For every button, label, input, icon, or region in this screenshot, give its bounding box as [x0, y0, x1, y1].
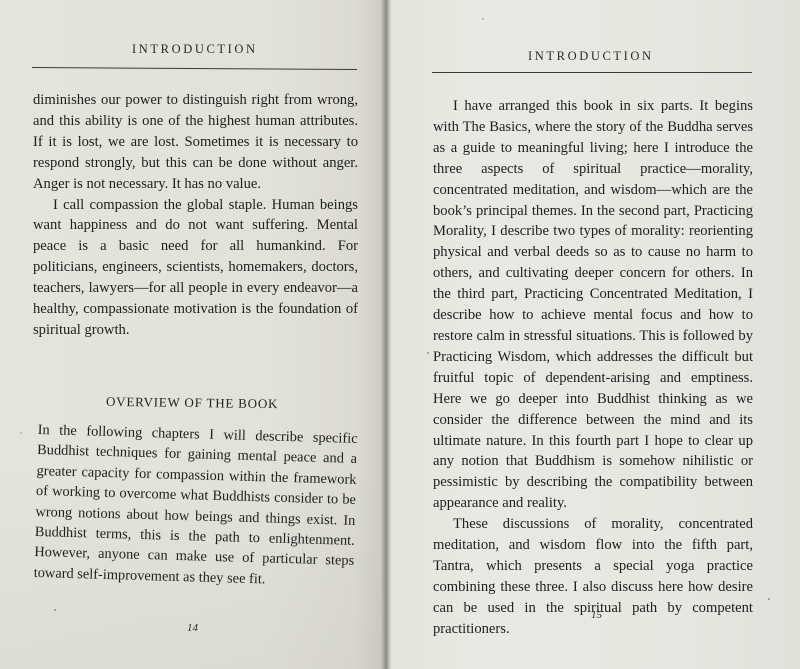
left-body-text: diminishes our power to distinguish righ…	[33, 90, 358, 341]
page-number-left: 14	[187, 622, 198, 634]
right-body-text: I have arranged this book in six parts. …	[433, 96, 753, 640]
paragraph: In the following chapters I will describ…	[33, 420, 357, 592]
paper-speck	[768, 598, 770, 600]
paper-speck	[482, 18, 484, 20]
page-number-right: 15	[591, 609, 602, 621]
header-rule-right	[432, 72, 752, 73]
paragraph: diminishes our power to distinguish righ…	[33, 90, 358, 195]
right-page: Introduction I have arranged this book i…	[391, 0, 800, 669]
section-heading: Overview of the Book	[106, 394, 278, 412]
left-page: Introduction diminishes our power to dis…	[0, 0, 381, 669]
paper-speck	[427, 352, 429, 354]
paper-speck	[54, 609, 56, 611]
paper-speck	[20, 432, 22, 434]
book-gutter	[381, 0, 391, 669]
book-spread: Introduction diminishes our power to dis…	[0, 0, 800, 669]
paragraph: I have arranged this book in six parts. …	[433, 96, 753, 514]
paragraph: I call compassion the global staple. Hum…	[33, 195, 358, 341]
section-body-text: In the following chapters I will describ…	[33, 420, 357, 592]
running-head-right: Introduction	[528, 49, 654, 64]
running-head-left: Introduction	[132, 42, 258, 57]
header-rule-left	[32, 67, 357, 70]
